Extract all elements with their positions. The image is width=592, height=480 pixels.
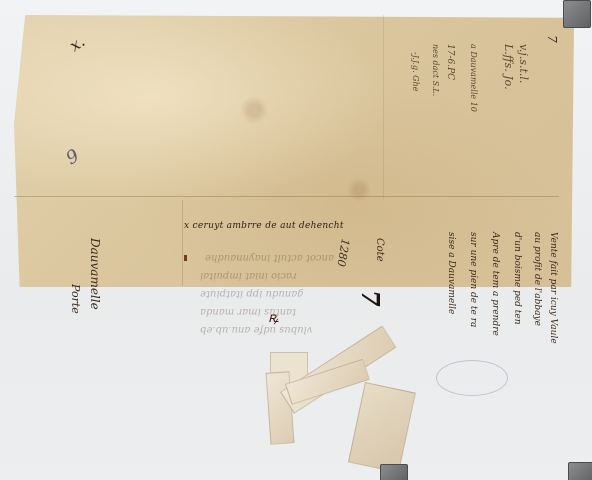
vertical-fold-line-upper (383, 15, 384, 199)
faint-line: tantus imar manda (200, 306, 296, 317)
corner-mark-7: 7 (545, 35, 559, 43)
faint-line: ancot actult inaynnaudhe (205, 252, 334, 263)
medieval-endorsement: x ceruyt ambrre de aut dehencht (184, 221, 344, 231)
note-line: v.j.s.t.l. (517, 44, 530, 83)
small-paraph-mark: ꝶ (268, 308, 279, 327)
note-line: au profit de l'abbaye (532, 232, 542, 326)
note-line: -J.J.g. Ghe (411, 52, 420, 91)
cote-number: 7 (356, 290, 385, 307)
cote-label: Cote (374, 238, 385, 262)
left-vertical-note-porte: Porte (69, 284, 82, 314)
archive-stamp (436, 360, 508, 396)
note-line: sise a Dauvamelle (446, 232, 456, 314)
faint-line: vlubus udfe anu.ub.eb (200, 324, 312, 335)
note-line: Apre de tem a prendre (490, 232, 500, 336)
faint-line: racio iniat impuitai (200, 270, 297, 281)
mounting-clip-top-right (563, 0, 591, 28)
note-line: nes dact S.L. (431, 44, 440, 96)
note-line: 17-6.PC (445, 44, 455, 80)
note-line: Vente fait par icuy Vaule (548, 232, 558, 344)
note-line: sur une pien de te ra (468, 232, 478, 327)
horizontal-fold-line (14, 196, 559, 197)
vertical-fold-line (182, 200, 183, 286)
mounting-clip-bottom-right (568, 462, 592, 480)
note-line: d'un boisme ped ten (512, 232, 522, 325)
left-vertical-note-place: Dauvamelle (88, 238, 102, 310)
note-line: a Dauvamelle 10 (469, 44, 478, 112)
note-line: L.ffs. Jo. (502, 44, 515, 90)
mounting-clip-bottom (380, 464, 408, 480)
red-ink-dot (184, 255, 187, 261)
faint-line: ganudu ipp itatpiute (200, 288, 304, 299)
